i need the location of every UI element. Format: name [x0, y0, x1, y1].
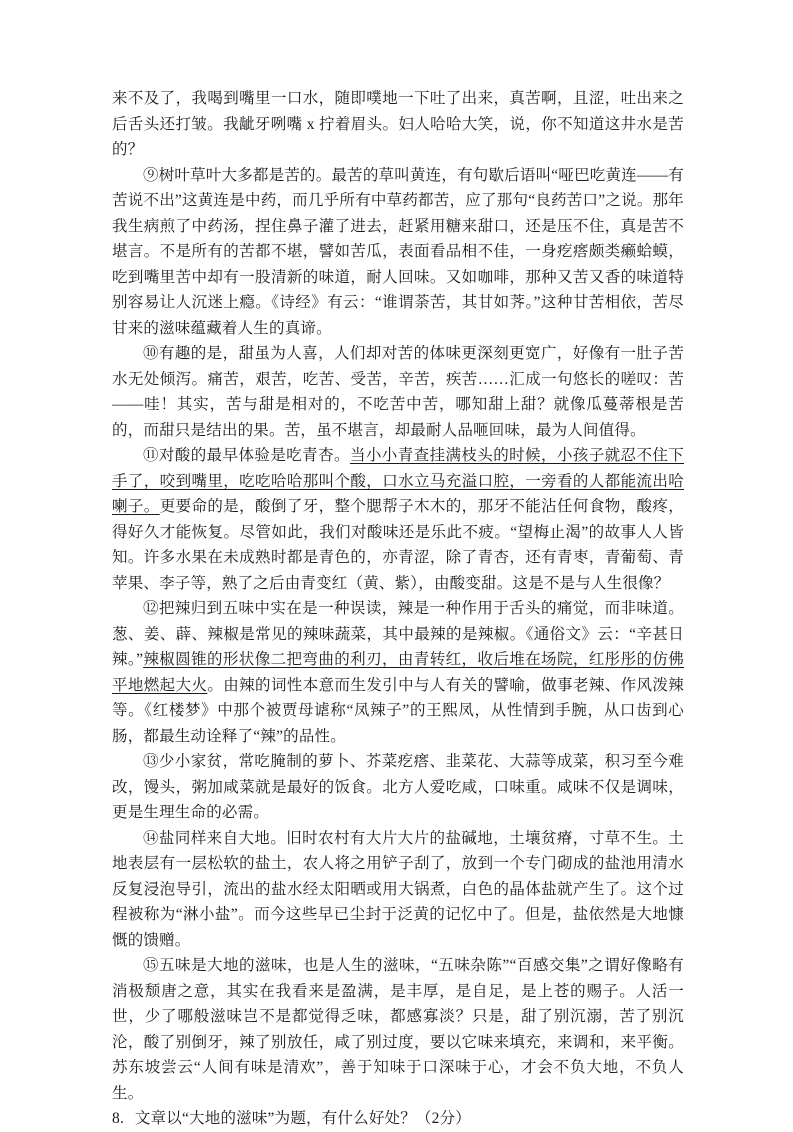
paragraph: ⑫把辣归到五味中实在是一种误读，辣是一种作用于舌头的痛觉，而非味道。葱、姜、薜、…	[112, 596, 684, 749]
paragraph: ⑬少小家贫，常吃腌制的萝卜、芥菜疙瘩、韭菜花、大蒜等成菜，积习至今难改，馒头，粥…	[112, 749, 684, 826]
text-segment: ⑮五味是大地的滋味，也是人生的滋味，“五味杂陈”“百感交集”之谓好像略有消极颓唐…	[112, 957, 684, 1102]
paragraph: ⑩有趣的是，甜虽为人喜，人们却对苦的体味更深刻更宽广，好像有一肚子苦水无处倾泻。…	[112, 341, 684, 443]
paragraph: ⑨树叶草叶大多都是苦的。最苦的草叫黄连，有句歇后语叫“哑巴吃黄连——有苦说不出”…	[112, 163, 684, 342]
document-page: 来不及了，我喝到嘴里一口水，随即噗地一下吐了出来，真苦啊，且涩，吐出来之后舌头还…	[112, 86, 684, 1132]
question-text: 文章以“大地的滋味”为题，有什么好处？（2分）	[135, 1110, 471, 1127]
paragraph: ⑮五味是大地的滋味，也是人生的滋味，“五味杂陈”“百感交集”之谓好像略有消极颓唐…	[112, 953, 684, 1106]
paragraph: ⑪对酸的最早体验是吃青杏。当小小青查挂满枝头的时候，小孩子就忍不住下手了，咬到嘴…	[112, 443, 684, 596]
article-body: 来不及了，我喝到嘴里一口水，随即噗地一下吐了出来，真苦啊，且涩，吐出来之后舌头还…	[112, 86, 684, 1106]
text-segment: ⑪对酸的最早体验是吃青杏。	[143, 447, 350, 464]
text-segment: ⑭盐同样来自大地。旧时农村有大片大片的盐碱地，土壤贫瘠，寸草不生。土地表层有一层…	[112, 830, 684, 949]
text-segment: ⑨树叶草叶大多都是苦的。最苦的草叫黄连，有句歇后语叫“哑巴吃黄连——有苦说不出”…	[112, 167, 684, 337]
text-segment: 来不及了，我喝到嘴里一口水，随即噗地一下吐了出来，真苦啊，且涩，吐出来之后舌头还…	[112, 90, 684, 158]
question-line: 8.文章以“大地的滋味”为题，有什么好处？（2分）	[112, 1106, 684, 1132]
text-segment: ⑩有趣的是，甜虽为人喜，人们却对苦的体味更深刻更宽广，好像有一肚子苦水无处倾泻。…	[112, 345, 684, 439]
text-segment: ⑬少小家贫，常吃腌制的萝卜、芥菜疙瘩、韭菜花、大蒜等成菜，积习至今难改，馒头，粥…	[112, 753, 684, 821]
paragraph: ⑭盐同样来自大地。旧时农村有大片大片的盐碱地，土壤贫瘠，寸草不生。土地表层有一层…	[112, 826, 684, 954]
paragraph: 来不及了，我喝到嘴里一口水，随即噗地一下吐了出来，真苦啊，且涩，吐出来之后舌头还…	[112, 86, 684, 163]
text-segment: 更要命的是，酸倒了牙，整个腮帮子木木的，那牙不能沾任何食物，酸疼，得好久才能恢复…	[112, 498, 684, 592]
question-number: 8.	[112, 1110, 124, 1127]
